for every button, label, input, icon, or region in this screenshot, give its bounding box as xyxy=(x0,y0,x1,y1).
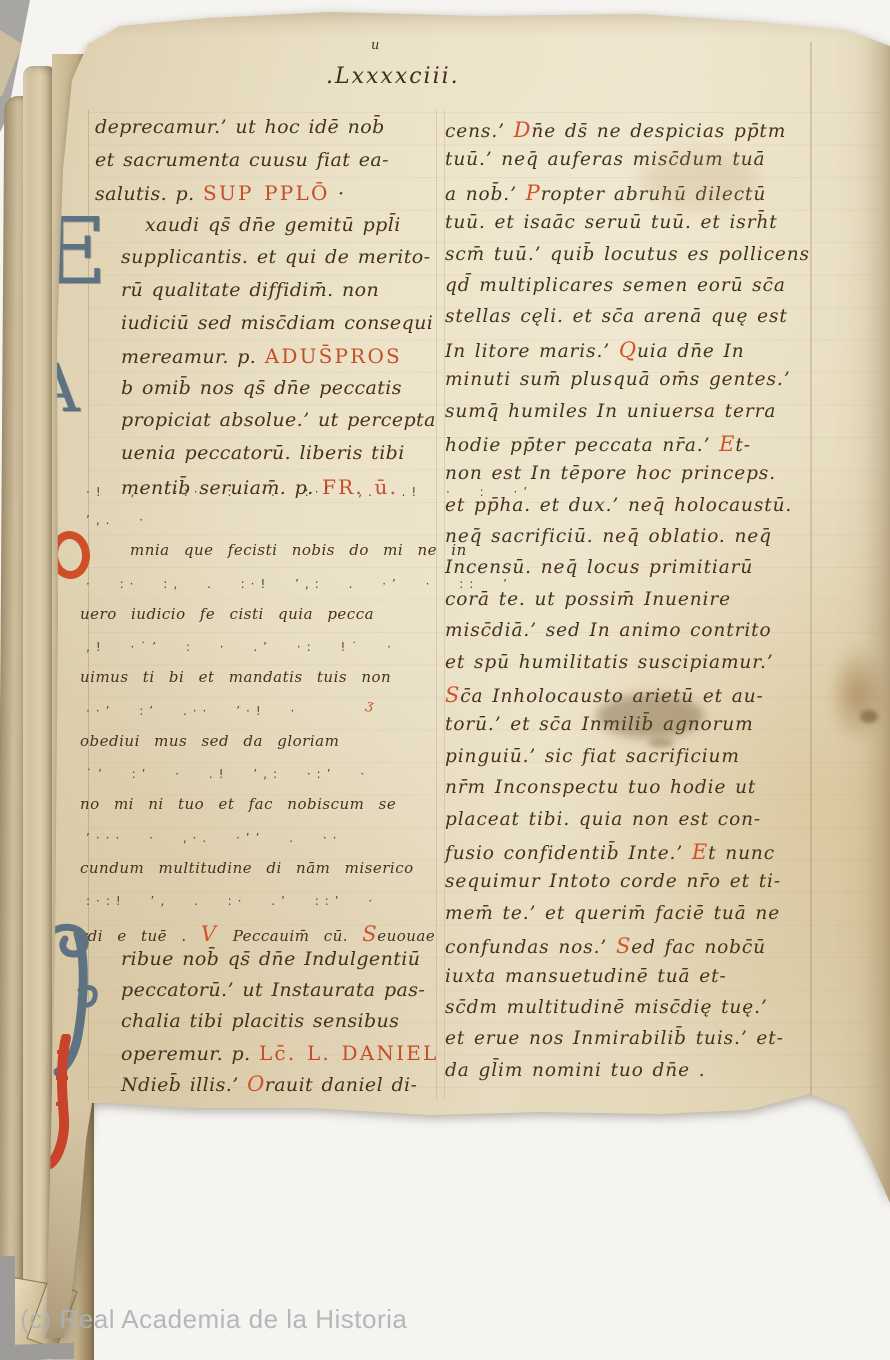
ink-text: et erue nos Inmirabilib̄ tuis.’ et- xyxy=(445,1028,784,1049)
manuscript-line: cundum multitudine di nām miserico xyxy=(80,859,450,895)
ink-text: Peccauim̄ cū. xyxy=(233,927,363,945)
manuscript-line: no mi ni tuo et fac nobiscum se xyxy=(80,795,450,831)
colored-capital: E xyxy=(692,840,708,864)
ink-text: euouae xyxy=(377,927,435,945)
manuscript-line: hodie pp̄ter peccata nr̄a.’ Et- xyxy=(445,432,880,463)
ink-text: ribue nob̄ qs̄ dn̄e Indulgentiū xyxy=(121,948,420,970)
ink-text: b omib̄ nos qs̄ dn̄e peccatis xyxy=(121,377,402,399)
chant-entry: · :· :‚ . :·! ’‚: . ·’ · :: ’uero iudici… xyxy=(80,577,450,641)
colored-capital: S xyxy=(445,683,460,707)
ink-text: mnia que fecisti nobis do mi ne in xyxy=(130,541,467,559)
manuscript-line: pinguiū.’ sic fiat sacrificium xyxy=(445,746,880,777)
colored-capital: O xyxy=(247,1072,265,1096)
ink-text: pinguiū.’ sic fiat sacrificium xyxy=(445,746,740,767)
ink-text: xaudi qs̄ dn̄e gemitū ppl̄i xyxy=(145,214,401,236)
ink-text: et sacrumenta cuusu fiat ea- xyxy=(95,149,389,171)
ink-text: ed fac nobc̄ū xyxy=(631,937,766,958)
manuscript-line: qd̄ multiplicares semen eorū sc̄a xyxy=(445,275,880,306)
manuscript-line: supplicantis. et qui de merito- xyxy=(95,246,440,279)
manuscript-line: Incensū. neq̄ locus primitiarū xyxy=(445,557,880,588)
neume-row: :·:! ’‚ . :· .’ ::’ · xyxy=(80,894,450,922)
parchment-leaf-wrap: u .Lxxxxciii. deprecamur.’ ut hoc idē no… xyxy=(0,0,890,1360)
manuscript-line: chalia tibi placitis sensibus xyxy=(95,1010,440,1041)
illuminated-initial-e: E xyxy=(40,206,107,298)
ink-text: et spū humilitatis suscipiamur.’ xyxy=(445,652,774,673)
illuminated-initial-i xyxy=(44,1034,84,1174)
manuscript-line: deprecamur.’ ut hoc idē nob̄ xyxy=(95,116,440,149)
ink-text: uia dn̄e In xyxy=(637,341,745,362)
chant-block-with-neumes: ·! ‚· ·:· : ·. :·’ ‚. .! · : ·’’‚. ·mnia… xyxy=(80,485,450,958)
manuscript-line: Ndieb̄ illis.’ Orauit daniel di- xyxy=(95,1072,440,1103)
manuscript-line: tuū. et isaāc seruū tuū. et isrh̄t xyxy=(445,212,880,243)
manuscript-line: placeat tibi. quia non est con- xyxy=(445,809,880,840)
illuminated-initial-a: A xyxy=(32,356,80,422)
ink-text: deprecamur.’ ut hoc idē nob̄ xyxy=(95,116,385,138)
manuscript-line: peccatorū.’ ut Instaurata pas- xyxy=(95,979,440,1010)
colored-capital: D xyxy=(514,118,532,142)
ink-text: cens.’ xyxy=(445,121,514,142)
ink-text: misc̄diā.’ sed In animo contrito xyxy=(445,620,772,641)
ink-text: sequimur Intoto corde nr̄o et ti- xyxy=(445,871,781,892)
neume-row: ’··· · ‚·. ·’’ . ·· xyxy=(80,831,450,859)
manuscript-line: mnia que fecisti nobis do mi ne in xyxy=(80,541,450,577)
chant-entry: ’‚. ·mnia que fecisti nobis do mi ne in xyxy=(80,513,450,577)
neume-row: ’‚. · xyxy=(80,513,450,541)
manuscript-line: b omib̄ nos qs̄ dn̄e peccatis xyxy=(95,377,440,410)
ink-text: minuti sum̄ plusquā om̄s gentes.’ xyxy=(445,369,791,390)
manuscript-line: stellas cęli. et sc̄a arenā quę est xyxy=(445,306,880,337)
ink-smudge xyxy=(596,694,704,738)
manuscript-line: In litore maris.’ Quia dn̄e In xyxy=(445,338,880,369)
manuscript-line: mem̄ te.’ et querim̄ faciē tuā ne xyxy=(445,903,880,934)
ink-text: corā te. ut possim̄ Inuenire xyxy=(445,589,731,610)
manuscript-scan: u .Lxxxxciii. deprecamur.’ ut hoc idē no… xyxy=(0,0,890,1360)
ink-text: hodie pp̄ter peccata nr̄a.’ xyxy=(445,435,719,456)
manuscript-line: uero iudicio fe cisti quia pecca xyxy=(80,605,450,641)
manuscript-line: confundas nos.’ Sed fac nobc̄ū xyxy=(445,934,880,965)
neume-row: · :· :‚ . :·! ’‚: . ·’ · :: ’ xyxy=(80,577,450,605)
colored-capital: S xyxy=(616,934,631,958)
ink-text: a nob̄.’ xyxy=(445,184,526,205)
colored-capital: S xyxy=(362,922,377,946)
manuscript-line: da gl̄im nomini tuo dn̄e . xyxy=(445,1060,880,1091)
neume-row: ˙’ :’ · .! ’‚: ·:’ · xyxy=(80,767,450,795)
ink-text: qd̄ multiplicares semen eorū sc̄a xyxy=(445,275,786,296)
ink-text: supplicantis. et qui de merito- xyxy=(121,246,430,268)
rubric-text: SUP PPLŌ xyxy=(203,181,330,205)
text-column-left-upper: deprecamur.’ ut hoc idē nob̄et sacrument… xyxy=(95,116,440,507)
manuscript-line: et spū humilitatis suscipiamur.’ xyxy=(445,652,880,683)
ink-text: uenia peccatorū. liberis tibi xyxy=(121,442,405,464)
manuscript-line: uenia peccatorū. liberis tibi xyxy=(95,442,440,475)
manuscript-line: operemur. p. Lc̄. L. DANIEL xyxy=(95,1041,440,1072)
stain xyxy=(828,645,888,743)
stain xyxy=(648,738,674,748)
ink-text: propiciat absolue.’ ut percepta xyxy=(121,409,436,431)
rubric-text: ADUS̄PROS xyxy=(265,344,402,368)
ink-text: tuū. et isaāc seruū tuū. et isrh̄t xyxy=(445,212,778,233)
ink-text: t nunc xyxy=(708,843,775,864)
text-column-right: cens.’ Dn̄e ds̄ ne despicias pp̄tmtuū.’ … xyxy=(445,118,880,1091)
scanner-background-bottom-strip xyxy=(0,1343,74,1360)
chant-entry: ˙’ :’ · .! ’‚: ·:’ ·no mi ni tuo et fac … xyxy=(80,767,450,831)
ink-text: sumq̄ humiles In uniuersa terra xyxy=(445,401,776,422)
ink-text: operemur. p. xyxy=(121,1043,259,1065)
chant-entry: ··’ :’ .·· ’·! ·obediui mus sed da glori… xyxy=(80,704,450,768)
ink-text: fusio confidentib̄ Inte.’ xyxy=(445,843,692,864)
ink-text: neq̄ sacrificiū. neq̄ oblatio. neq̄ xyxy=(445,526,772,547)
colored-capital: V xyxy=(201,922,233,946)
watermark: (c) Real Academia de la Historia xyxy=(20,1304,407,1335)
ink-text: iuxta mansuetudinē tuā et- xyxy=(445,966,727,987)
ink-text: non est In tēpore hoc princeps. xyxy=(445,463,776,484)
manuscript-line: ribue nob̄ qs̄ dn̄e Indulgentiū xyxy=(95,948,440,979)
manuscript-line: sumq̄ humiles In uniuersa terra xyxy=(445,401,880,432)
chant-entry: ‚! ·˙’ : · .’ ·: !˙ ·uimus ti bi et mand… xyxy=(80,640,450,704)
ink-text: t- xyxy=(735,435,751,456)
ink-text: iudiciū sed misc̄diam consequi xyxy=(121,312,433,334)
ink-text: peccatorū.’ ut Instaurata pas- xyxy=(121,979,425,1001)
ink-text: mereamur. p. xyxy=(121,346,265,368)
manuscript-line: scm̄ tuū.’ quib̄ locutus es pollicens xyxy=(445,244,880,275)
manuscript-line: xaudi qs̄ dn̄e gemitū ppl̄i xyxy=(95,214,440,247)
manuscript-line: sequimur Intoto corde nr̄o et ti- xyxy=(445,871,880,902)
manuscript-line: neq̄ sacrificiū. neq̄ oblatio. neq̄ xyxy=(445,526,880,557)
ink-text: nr̄m Inconspectu tuo hodie ut xyxy=(445,777,756,798)
chant-entry: ’··· · ‚·. ·’’ . ··cundum multitudine di… xyxy=(80,831,450,895)
ink-text: Ndieb̄ illis.’ xyxy=(121,1074,247,1096)
ink-text: uimus ti bi et mandatis tuis non xyxy=(80,668,391,686)
ink-text: rauit daniel di- xyxy=(265,1074,418,1096)
manuscript-line: non est In tēpore hoc princeps. xyxy=(445,463,880,494)
rubric-text: Lc̄. L. DANIEL xyxy=(259,1041,439,1065)
quire-mark: u xyxy=(371,38,379,53)
text-column-left-lower: ribue nob̄ qs̄ dn̄e Indulgentiūpeccatorū… xyxy=(95,948,440,1103)
ink-text: placeat tibi. quia non est con- xyxy=(445,809,761,830)
manuscript-line: uimus ti bi et mandatis tuis non xyxy=(80,668,450,704)
manuscript-line: et sacrumenta cuusu fiat ea- xyxy=(95,149,440,182)
parchment-page: u .Lxxxxciii. deprecamur.’ ut hoc idē no… xyxy=(0,0,890,1360)
manuscript-line: fusio confidentib̄ Inte.’ Et nunc xyxy=(445,840,880,871)
ink-text: mem̄ te.’ et querim̄ faciē tuā ne xyxy=(445,903,780,924)
ink-text: chalia tibi placitis sensibus xyxy=(121,1010,399,1032)
ink-text: no mi ni tuo et fac nobiscum se xyxy=(80,795,396,813)
ink-text: scm̄ tuū.’ quib̄ locutus es pollicens xyxy=(445,244,810,265)
ink-text: et pp̄ha. et dux.’ neq̄ holocaustū. xyxy=(445,495,792,516)
manuscript-line: obediui mus sed da gloriam xyxy=(80,732,450,768)
manuscript-line: iudiciū sed misc̄diam consequi xyxy=(95,312,440,345)
manuscript-line: corā te. ut possim̄ Inuenire xyxy=(445,589,880,620)
ink-text: cundum multitudine di nām miserico xyxy=(80,859,414,877)
colored-capital: Q xyxy=(619,338,637,362)
manuscript-line: iuxta mansuetudinē tuā et- xyxy=(445,966,880,997)
manuscript-line: cens.’ Dn̄e ds̄ ne despicias pp̄tm xyxy=(445,118,880,149)
ink-text: obediui mus sed da gloriam xyxy=(80,732,339,750)
manuscript-line: propiciat absolue.’ ut percepta xyxy=(95,409,440,442)
ink-text: salutis. p. xyxy=(95,183,203,205)
manuscript-line: salutis. p. SUP PPLŌ · xyxy=(95,181,440,214)
ink-text: In litore maris.’ xyxy=(445,341,619,362)
neume-row: ‚! ·˙’ : · .’ ·: !˙ · xyxy=(80,640,450,668)
ink-text: uero iudicio fe cisti quia pecca xyxy=(80,605,374,623)
manuscript-line: mereamur. p. ADUS̄PROS xyxy=(95,344,440,377)
ink-text: n̄e ds̄ ne despicias pp̄tm xyxy=(531,121,786,142)
ink-text: rū qualitate diffidim̄. non xyxy=(121,279,379,301)
neume-row: ··’ :’ .·· ’·! · xyxy=(80,704,450,732)
stain xyxy=(640,150,760,210)
folio-number: .Lxxxxciii. xyxy=(326,64,460,89)
ink-text: confundas nos.’ xyxy=(445,937,616,958)
ink-text: stellas cęli. et sc̄a arenā quę est xyxy=(445,306,788,327)
colored-capital: P xyxy=(526,181,541,205)
ink-text: Incensū. neq̄ locus primitiarū xyxy=(445,557,753,578)
manuscript-line: et pp̄ha. et dux.’ neq̄ holocaustū. xyxy=(445,495,880,526)
ink-text: sc̄dm multitudinē misc̄dię tuę.’ xyxy=(445,997,768,1018)
manuscript-line: misc̄diā.’ sed In animo contrito xyxy=(445,620,880,651)
manuscript-line: et erue nos Inmirabilib̄ tuis.’ et- xyxy=(445,1028,880,1059)
manuscript-line: minuti sum̄ plusquā om̄s gentes.’ xyxy=(445,369,880,400)
colored-capital: E xyxy=(719,432,735,456)
manuscript-line: rū qualitate diffidim̄. non xyxy=(95,279,440,312)
neume-row: ·! ‚· ·:· : ·. :·’ ‚. .! · : ·’ xyxy=(80,485,450,513)
manuscript-line: nr̄m Inconspectu tuo hodie ut xyxy=(445,777,880,808)
ink-text: da gl̄im nomini tuo dn̄e . xyxy=(445,1060,706,1081)
ink-text: · xyxy=(330,183,345,205)
stain xyxy=(860,710,878,723)
manuscript-line: sc̄dm multitudinē misc̄dię tuę.’ xyxy=(445,997,880,1028)
